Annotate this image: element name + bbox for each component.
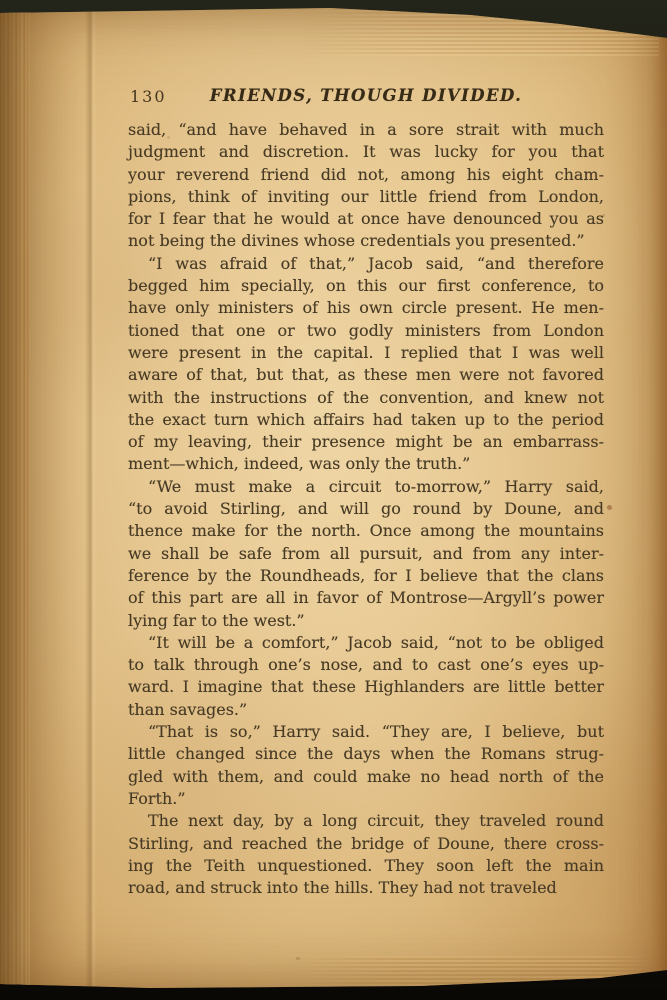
text-line: ward. I imagine that these Highlanders a… [128,676,604,698]
ink-speck [296,957,300,960]
left-margin-shading [30,0,88,1000]
body-text: said, “and have behaved in a sore strait… [128,119,604,899]
text-line: pions, think of inviting our little frie… [128,186,604,208]
text-line: “That is so,” Harry said. “They are, I b… [128,721,604,743]
text-line: the exact turn which affairs had taken u… [128,409,604,431]
paragraph: said, “and have behaved in a sore strait… [128,119,604,253]
text-line: ment—which, indeed, was only the truth.” [128,453,604,475]
text-line: of this part are all in favor of Montros… [128,587,604,609]
paragraph: “We must make a circuit to-morrow,” Harr… [128,476,604,632]
text-line: “to avoid Stirling, and will go round by… [128,498,604,520]
text-line: for I fear that he would at once have de… [128,208,604,230]
book-photo: 130 FRIENDS, THOUGH DIVIDED. said, “and … [0,0,667,1000]
text-line: begged him specially, on this our first … [128,275,604,297]
text-line: “We must make a circuit to-morrow,” Harr… [128,476,604,498]
text-line: lying far to the west.” [128,610,604,632]
text-line: The next day, by a long circuit, they tr… [128,810,604,832]
paragraph: “That is so,” Harry said. “They are, I b… [128,721,604,810]
book-page: 130 FRIENDS, THOUGH DIVIDED. said, “and … [0,0,667,1000]
text-line: were present in the capital. I replied t… [128,342,604,364]
text-line: your reverend friend did not, among his … [128,164,604,186]
text-line: thence make for the north. Once among th… [128,520,604,542]
text-line: tioned that one or two godly ministers f… [128,320,604,342]
text-line: gled with them, and could make no head n… [128,766,604,788]
text-line: ference by the Roundheads, for I believe… [128,565,604,587]
page-crease [85,0,97,1000]
text-line: ing the Teith unquestioned. They soon le… [128,855,604,877]
text-line: little changed since the days when the R… [128,743,604,765]
ink-speck [167,136,170,139]
paragraph: “I was afraid of that,” Jacob said, “and… [128,253,604,476]
text-line: road, and struck into the hills. They ha… [128,877,604,899]
text-line: not being the divines whose credentials … [128,230,604,252]
spine-page-edges [0,0,30,1000]
text-line: aware of that, but that, as these men we… [128,364,604,386]
text-line: “It will be a comfort,” Jacob said, “not… [128,632,604,654]
right-page-edge [649,0,667,1000]
ink-speck [602,214,605,217]
ink-speck [607,505,612,510]
fanned-pages-bottom [290,956,652,990]
text-line: “I was afraid of that,” Jacob said, “and… [128,253,604,275]
text-line: have only ministers of his own circle pr… [128,297,604,319]
fanned-pages-top [300,6,659,56]
text-line: said, “and have behaved in a sore strait… [128,119,604,141]
paragraph: “It will be a comfort,” Jacob said, “not… [128,632,604,721]
text-line: judgment and discretion. It was lucky fo… [128,141,604,163]
text-line: to talk through one’s nose, and to cast … [128,654,604,676]
text-line: we shall be safe from all pursuit, and f… [128,543,604,565]
text-line: with the instructions of the convention,… [128,387,604,409]
text-line: Forth.” [128,788,604,810]
page-number: 130 [130,87,167,106]
text-line: of my leaving, their presence might be a… [128,431,604,453]
paragraph: The next day, by a long circuit, they tr… [128,810,604,899]
page-header: 130 FRIENDS, THOUGH DIVIDED. [128,86,604,106]
text-line: Stirling, and reached the bridge of Doun… [128,833,604,855]
running-title: FRIENDS, THOUGH DIVIDED. [128,86,604,105]
ink-speck [600,282,603,285]
text-line: than savages.” [128,699,604,721]
